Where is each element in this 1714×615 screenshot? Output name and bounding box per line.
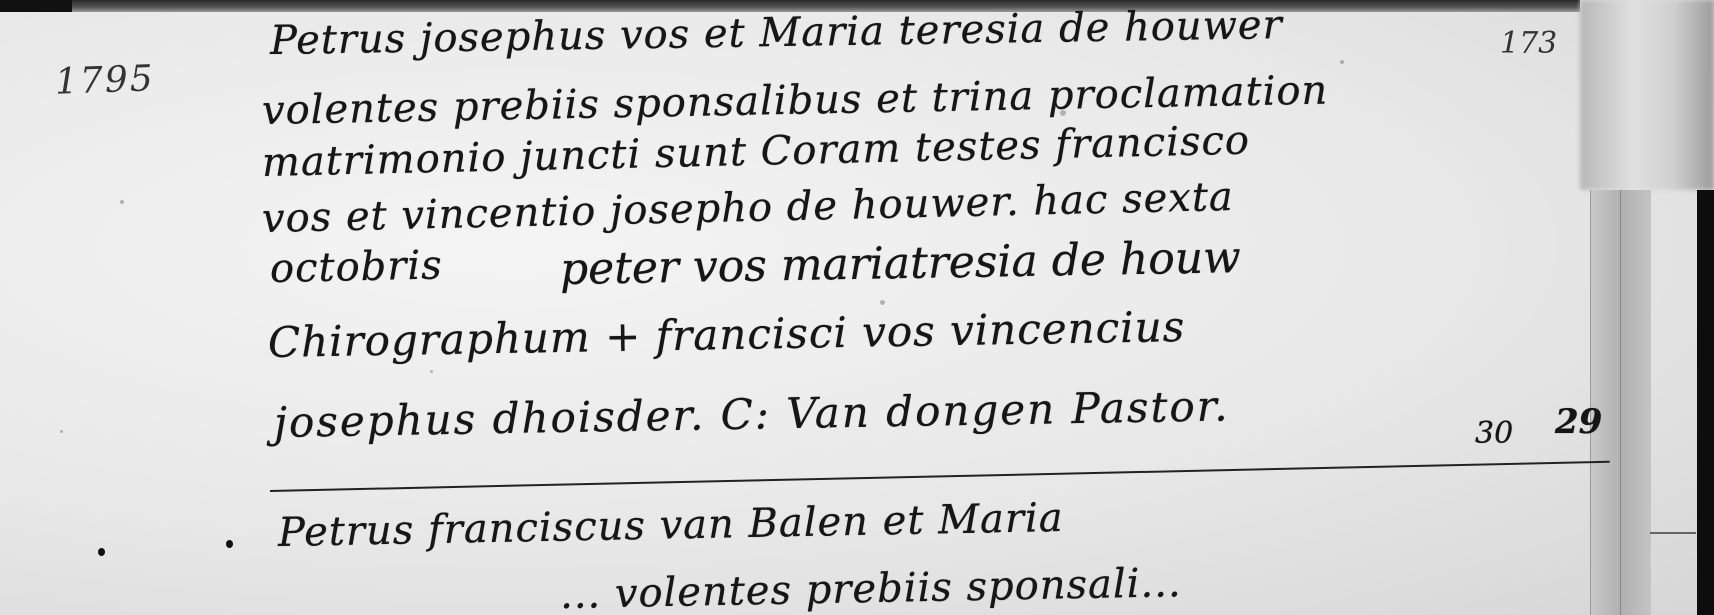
page-corner-shadow [0,0,72,12]
signature-pastor: josephus dhoisder. C: Van dongen Pastor. [274,381,1230,447]
entry-1-line-4: vos et vincentio josepho de houwer. hac … [261,174,1234,242]
entry-2-line-2: ... volentes prebiis sponsali... [560,560,1182,615]
folio-number: 173 [1500,26,1557,61]
margin-year: 1795 [54,58,155,102]
margin-dot [98,548,105,556]
book-binding-shadow [1697,190,1714,615]
margin-line [1620,190,1621,615]
signature-groom-bride: peter vos mariatresia de houw [560,232,1242,295]
scanned-register-page: 1795 173 Petrus josephus vos et Maria te… [0,0,1714,615]
entry-divider-rule [270,461,1610,492]
marginal-number: 30 [1475,416,1513,451]
margin-tick [1650,532,1696,534]
entry-2-line-1: Petrus franciscus van Balen et Maria [278,495,1065,556]
blurred-region [1580,0,1714,190]
margin-dot [226,540,233,548]
signature-witnesses: Chirographum + francisci vos vincencius [268,302,1186,367]
marginal-mark: 29 [1555,402,1602,442]
entry-1-line-5: octobris [270,242,444,292]
